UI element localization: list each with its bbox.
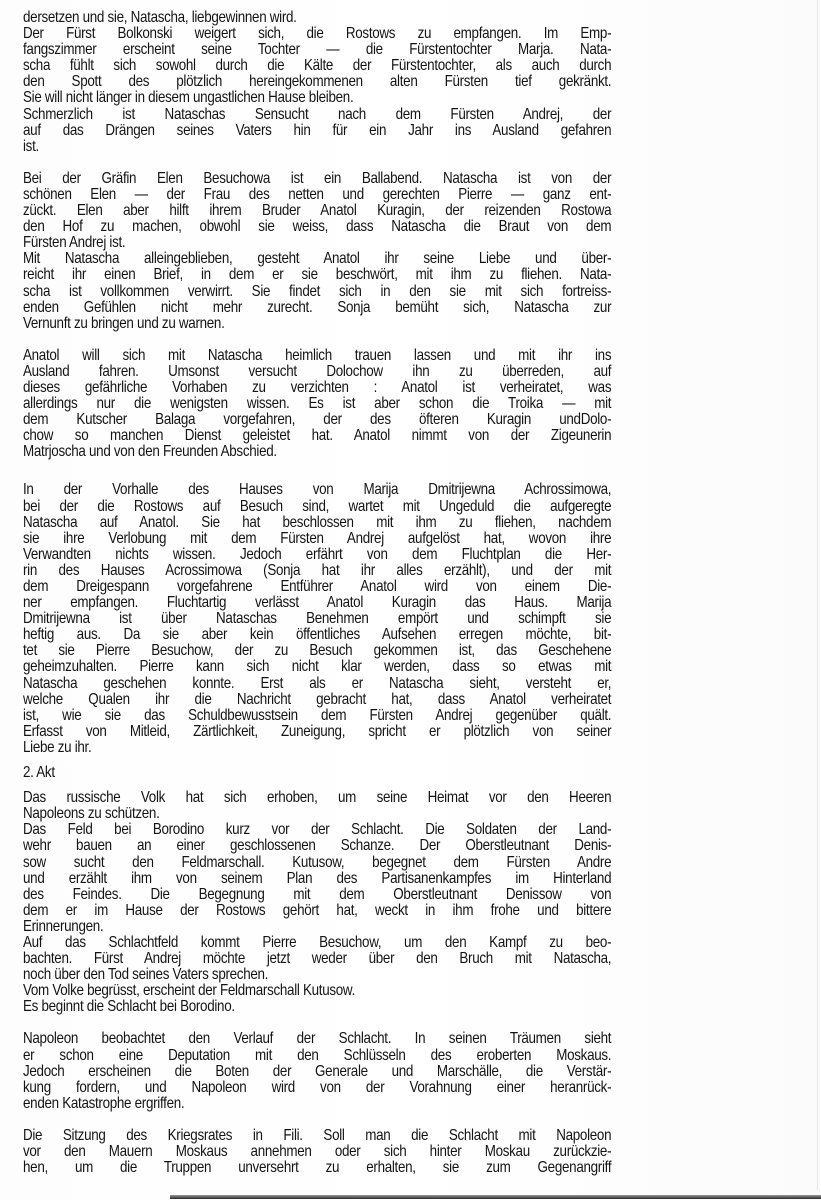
text-line: sow sucht den Feldmarschall. Kutusow, be… [23,855,611,871]
text-line: sie ihre Verlobung mit dem Fürsten Andre… [23,531,611,547]
text-line: In der Vorhalle des Hauses von Marija Dm… [23,482,611,498]
text-line: Anatol will sich mit Natascha heimlich t… [23,348,611,364]
text-line: den Hof zu machen, obwohl sie weiss, das… [23,219,611,235]
text-line: Sie will nicht länger in diesem ungastli… [23,90,611,106]
text-line: tet sie Pierre Besuchow, der zu Besuch g… [23,643,611,659]
paragraph-3: Anatol will sich mit Natascha heimlich t… [23,348,611,461]
text-line: hen, um die Truppen unversehrt zu erhalt… [23,1160,611,1176]
paragraph-7: Die Sitzung des Kriegsrates in Fili. Sol… [23,1128,611,1176]
text-line: dem Kutscher Balaga vorgefahren, der des… [23,412,611,428]
text-line: Vernunft zu bringen und zu warnen. [23,316,611,332]
paragraph-1: dersetzen und sie, Natascha, liebgewinne… [23,10,611,155]
text-line: und erzählt ihm von seinem Plan des Part… [23,871,611,887]
text-line: Die Sitzung des Kriegsrates in Fili. Sol… [23,1128,611,1144]
paragraph-gap [23,155,611,171]
text-line: Natascha geschehen konnte. Erst als er N… [23,676,611,692]
text-line: ner empfangen. Fluchtartig verlässt Anat… [23,595,611,611]
text-line: auf das Drängen seines Vaters hin für ei… [23,123,611,139]
text-line: des Feindes. Die Begegnung mit dem Obers… [23,887,611,903]
text-line: bachten. Fürst Andrej möchte jetzt weder… [23,951,611,967]
text-line: Vom Volke begrüsst, erscheint der Feldma… [23,983,611,999]
act-heading: 2. Akt [23,765,611,781]
text-line: dieses gefährliche Vorhaben zu verzichte… [23,380,611,396]
text-line: er schon eine Deputation mit den Schlüss… [23,1048,611,1064]
text-line: vor den Mauern Moskaus annehmen oder sic… [23,1144,611,1160]
paragraph-2: Bei der Gräfin Elen Besuchowa ist ein Ba… [23,171,611,332]
text-line: scha ist vollkommen verwirrt. Sie findet… [23,284,611,300]
text-line: chow so manchen Dienst geleistet hat. An… [23,428,611,444]
text-line: bei der die Rostows auf Besuch sind, war… [23,499,611,515]
text-line: ist, wie sie das Schuldbewusstsein dem F… [23,708,611,724]
section-heading: 2. Akt [23,765,611,781]
text-line: Bei der Gräfin Elen Besuchowa ist ein Ba… [23,171,611,187]
paragraph-gap [23,332,611,348]
text-line: rin des Hauses Acrossimowa (Sonja hat ih… [23,563,611,579]
text-line: welche Qualen ihr die Nachricht gebracht… [23,692,611,708]
text-line: reicht ihr einen Brief, in dem er sie be… [23,267,611,283]
text-column: dersetzen und sie, Natascha, liebgewinne… [23,10,611,1176]
paragraph-gap [23,460,611,482]
text-line: Erfasst von Mitleid, Zärtlichkeit, Zunei… [23,724,611,740]
text-line: Napoleon beobachtet den Verlauf der Schl… [23,1031,611,1047]
text-line: schönen Elen — der Frau des netten und g… [23,187,611,203]
text-line: scha fühlt sich sowohl durch die Kälte d… [23,58,611,74]
text-line: Napoleons zu schützen. [23,806,611,822]
text-line: Liebe zu ihr. [23,740,611,756]
text-line: Es beginnt die Schlacht bei Borodino. [23,999,611,1015]
text-line: dem Dreigespann vorgefahrene Entführer A… [23,579,611,595]
text-line: Ausland fahren. Umsonst versucht Dolocho… [23,364,611,380]
paragraph-gap [23,1112,611,1128]
text-line: Schmerzlich ist Nataschas Sensucht nach … [23,107,611,123]
text-line: Der Fürst Bolkonski weigert sich, die Ro… [23,26,611,42]
text-line: heftig aus. Da sie aber kein öffentliche… [23,627,611,643]
paragraph-gap [23,756,611,765]
paragraph-gap [23,1015,611,1031]
text-line: kung fordern, und Napoleon wird von der … [23,1080,611,1096]
text-line: Das Feld bei Borodino kurz vor der Schla… [23,822,611,838]
text-line: Matrjoscha und von den Freunden Abschied… [23,444,611,460]
text-line: fangszimmer erscheint seine Tochter — di… [23,42,611,58]
text-line: noch über den Tod seines Vaters sprechen… [23,967,611,983]
text-line: Auf das Schlachtfeld kommt Pierre Besuch… [23,935,611,951]
paragraph-5: Das russische Volk hat sich erhoben, um … [23,790,611,1015]
text-line: den Spott des plötzlich hereingekommenen… [23,74,611,90]
text-line: wehr bauen an einer geschlossenen Schanz… [23,838,611,854]
page-edge-shadow [817,0,818,1190]
text-line: allerdings nur die wenigsten wissen. Es … [23,396,611,412]
text-line: dersetzen und sie, Natascha, liebgewinne… [23,10,611,26]
text-line: enden Katastrophe ergriffen. [23,1096,611,1112]
text-line: geheimzuhalten. Pierre kann sich nicht k… [23,659,611,675]
text-line: Jedoch erscheinen die Boten der Generale… [23,1064,611,1080]
text-line: Fürsten Andrej ist. [23,235,611,251]
text-line: Erinnerungen. [23,919,611,935]
text-line: Dmitrijewna ist über Nataschas Benehmen … [23,611,611,627]
scan-bottom-edge [170,1195,821,1199]
text-line: Verwandten nichts wissen. Jedoch erfährt… [23,547,611,563]
paragraph-6: Napoleon beobachtet den Verlauf der Schl… [23,1031,611,1111]
text-line: zückt. Elen aber hilft ihrem Bruder Anat… [23,203,611,219]
text-line: enden Gefühlen nicht mehr zurecht. Sonja… [23,300,611,316]
paragraph-4: In der Vorhalle des Hauses von Marija Dm… [23,482,611,756]
text-line: ist. [23,139,611,155]
text-line: Mit Natascha alleingeblieben, gesteht An… [23,251,611,267]
text-line: Das russische Volk hat sich erhoben, um … [23,790,611,806]
text-line: dem er im Hause der Rostows gehört hat, … [23,903,611,919]
text-line: Natascha auf Anatol. Sie hat beschlossen… [23,515,611,531]
scanned-page: dersetzen und sie, Natascha, liebgewinne… [0,0,821,1200]
